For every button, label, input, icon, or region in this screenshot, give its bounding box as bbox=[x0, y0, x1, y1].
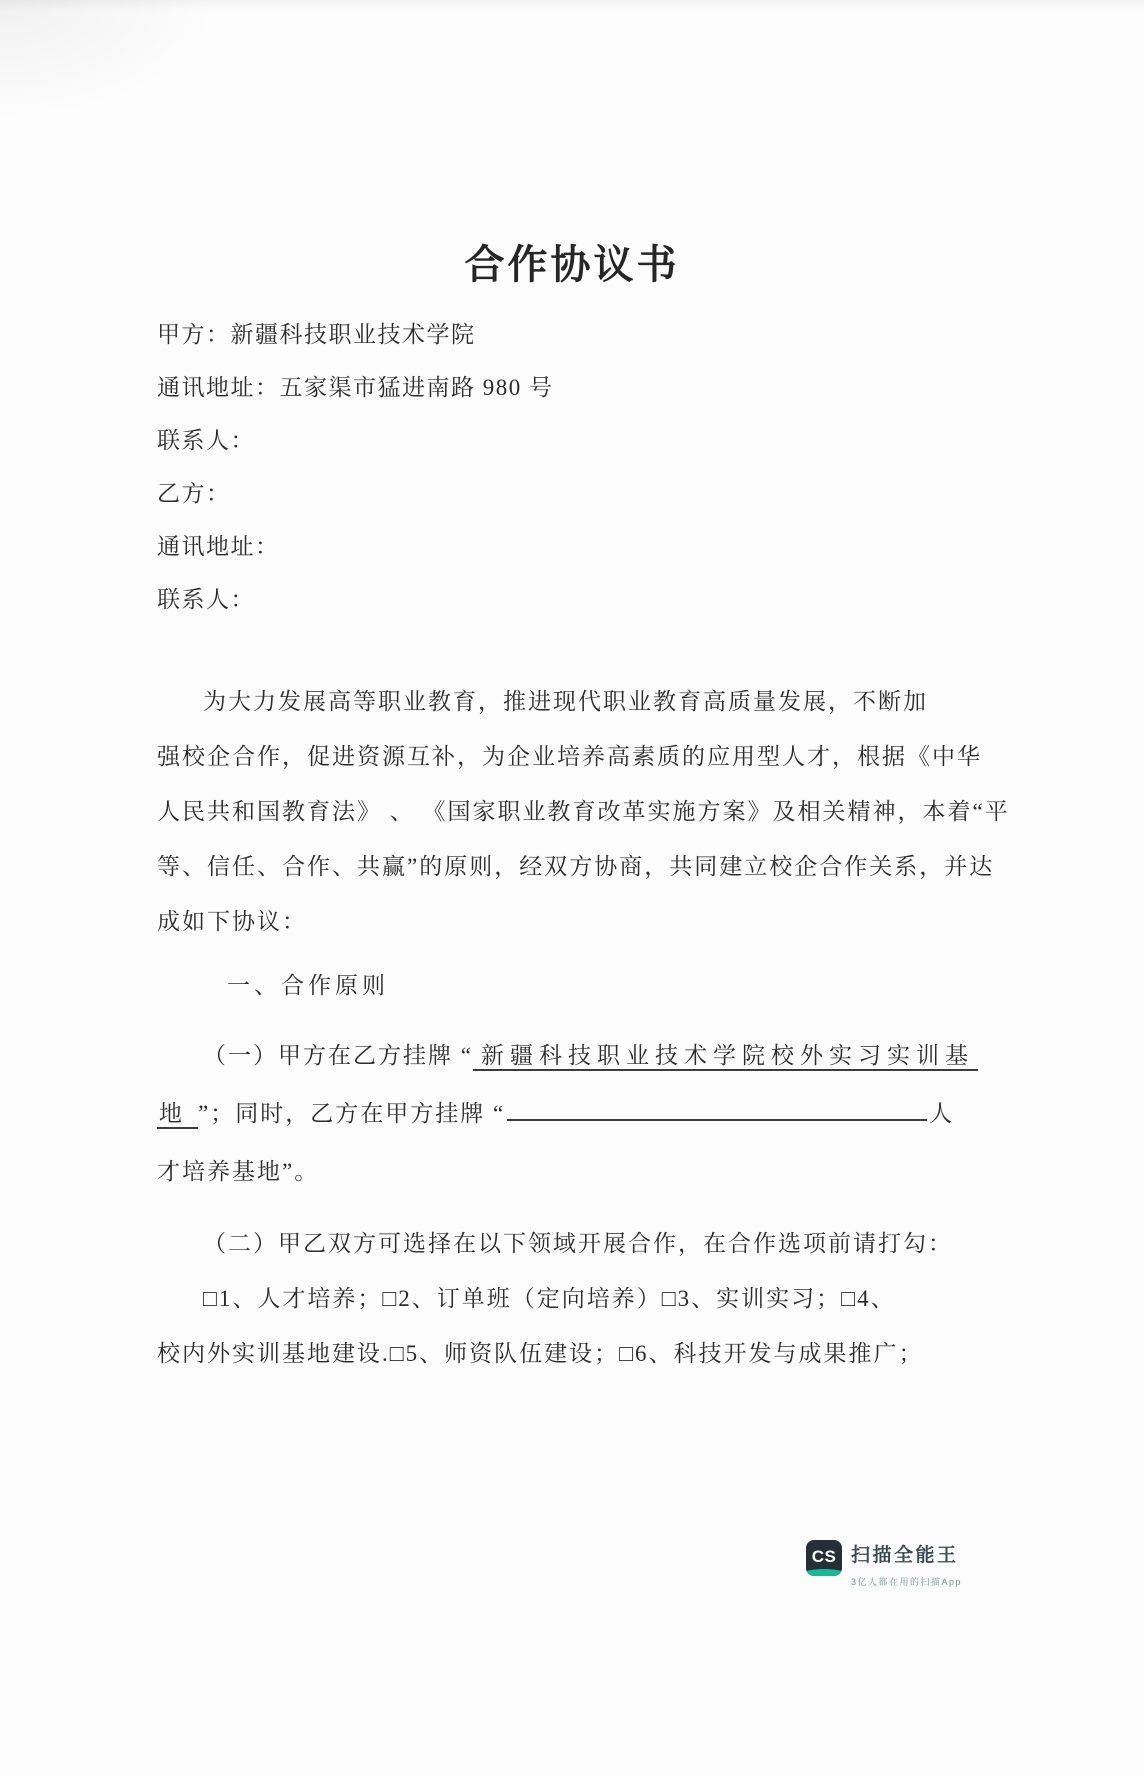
scanned-document-page: 合作协议书 甲方：新疆科技职业技术学院 通讯地址：五家渠市猛进南路 980 号 … bbox=[0, 0, 1144, 1776]
clause-two-intro: （二）甲乙双方可选择在以下领域开展合作，在合作选项前请打勾： bbox=[157, 1216, 953, 1271]
clause-two-options-line1: □1、人才培养；□2、订单班（定向培养）□3、实训实习；□4、 bbox=[157, 1271, 953, 1326]
clause-one-line2-suffix: 人 bbox=[929, 1101, 954, 1126]
party-a-address-line: 通讯地址：五家渠市猛进南路 980 号 bbox=[157, 361, 554, 414]
preamble-line: 等、信任、合作、共赢”的原则，经双方协商，共同建立校企合作关系，并达 bbox=[157, 839, 997, 894]
scan-shading bbox=[0, 0, 220, 120]
camscanner-app-name: 扫描全能王 bbox=[851, 1545, 962, 1568]
clause-two-options-line2: 校内外实训基地建设.□5、师资队伍建设；□6、科技开发与成果推广； bbox=[157, 1326, 953, 1381]
camscanner-logo-letters: CS bbox=[812, 1548, 837, 1565]
underlined-fill-continuation: 地 bbox=[157, 1101, 198, 1129]
party-b-address-line: 通讯地址： bbox=[157, 520, 554, 573]
party-b-contact-line: 联系人： bbox=[157, 573, 554, 626]
clause-one-line3: 才培养基地”。 bbox=[157, 1143, 978, 1201]
document-title: 合作协议书 bbox=[0, 233, 1144, 290]
camscanner-logo-icon: CS bbox=[806, 1540, 842, 1576]
clause-two-paragraph: （二）甲乙双方可选择在以下领域开展合作，在合作选项前请打勾： □1、人才培养；□… bbox=[157, 1216, 953, 1381]
clause-one-paragraph: （一）甲方在乙方挂牌 “新疆科技职业技术学院校外实习实训基 地”；同时，乙方在甲… bbox=[157, 1027, 978, 1201]
preamble-paragraph: 为大力发展高等职业教育，推进现代职业教育高质量发展，不断加 强校企合作，促进资源… bbox=[157, 674, 997, 949]
preamble-line: 强校企合作，促进资源互补，为企业培养高素质的应用型人才，根据《中华 bbox=[157, 729, 997, 784]
party-a-line: 甲方：新疆科技职业技术学院 bbox=[157, 308, 554, 361]
camscanner-logo-swoosh bbox=[806, 1569, 842, 1576]
underlined-fill-base-name: 新疆科技职业技术学院校外实习实训基 bbox=[473, 1043, 978, 1071]
clause-one-line2: 地”；同时，乙方在甲方挂牌 “人 bbox=[157, 1085, 978, 1143]
party-a-contact-line: 联系人： bbox=[157, 414, 554, 467]
camscanner-watermark: CS 扫描全能王 3亿人都在用的扫描App bbox=[806, 1540, 962, 1588]
camscanner-tagline: 3亿人都在用的扫描App bbox=[851, 1575, 962, 1588]
clause-one-line2-text: ”；同时，乙方在甲方挂牌 “ bbox=[198, 1101, 505, 1126]
section-heading-cooperation-principles: 一、合作原则 bbox=[157, 958, 389, 1013]
blank-underline bbox=[507, 1113, 927, 1121]
clause-one-line1-prefix: （一）甲方在乙方挂牌 “ bbox=[203, 1043, 473, 1068]
preamble-line: 为大力发展高等职业教育，推进现代职业教育高质量发展，不断加 bbox=[157, 674, 997, 729]
preamble-line: 人民共和国教育法》 、 《国家职业教育改革实施方案》及相关精神，本着“平 bbox=[157, 784, 997, 839]
party-info-block: 甲方：新疆科技职业技术学院 通讯地址：五家渠市猛进南路 980 号 联系人： 乙… bbox=[157, 308, 554, 626]
camscanner-text-column: 扫描全能王 3亿人都在用的扫描App bbox=[851, 1540, 962, 1588]
clause-one-line1: （一）甲方在乙方挂牌 “新疆科技职业技术学院校外实习实训基 bbox=[157, 1027, 978, 1085]
preamble-line: 成如下协议： bbox=[157, 894, 997, 949]
party-b-line: 乙方： bbox=[157, 467, 554, 520]
